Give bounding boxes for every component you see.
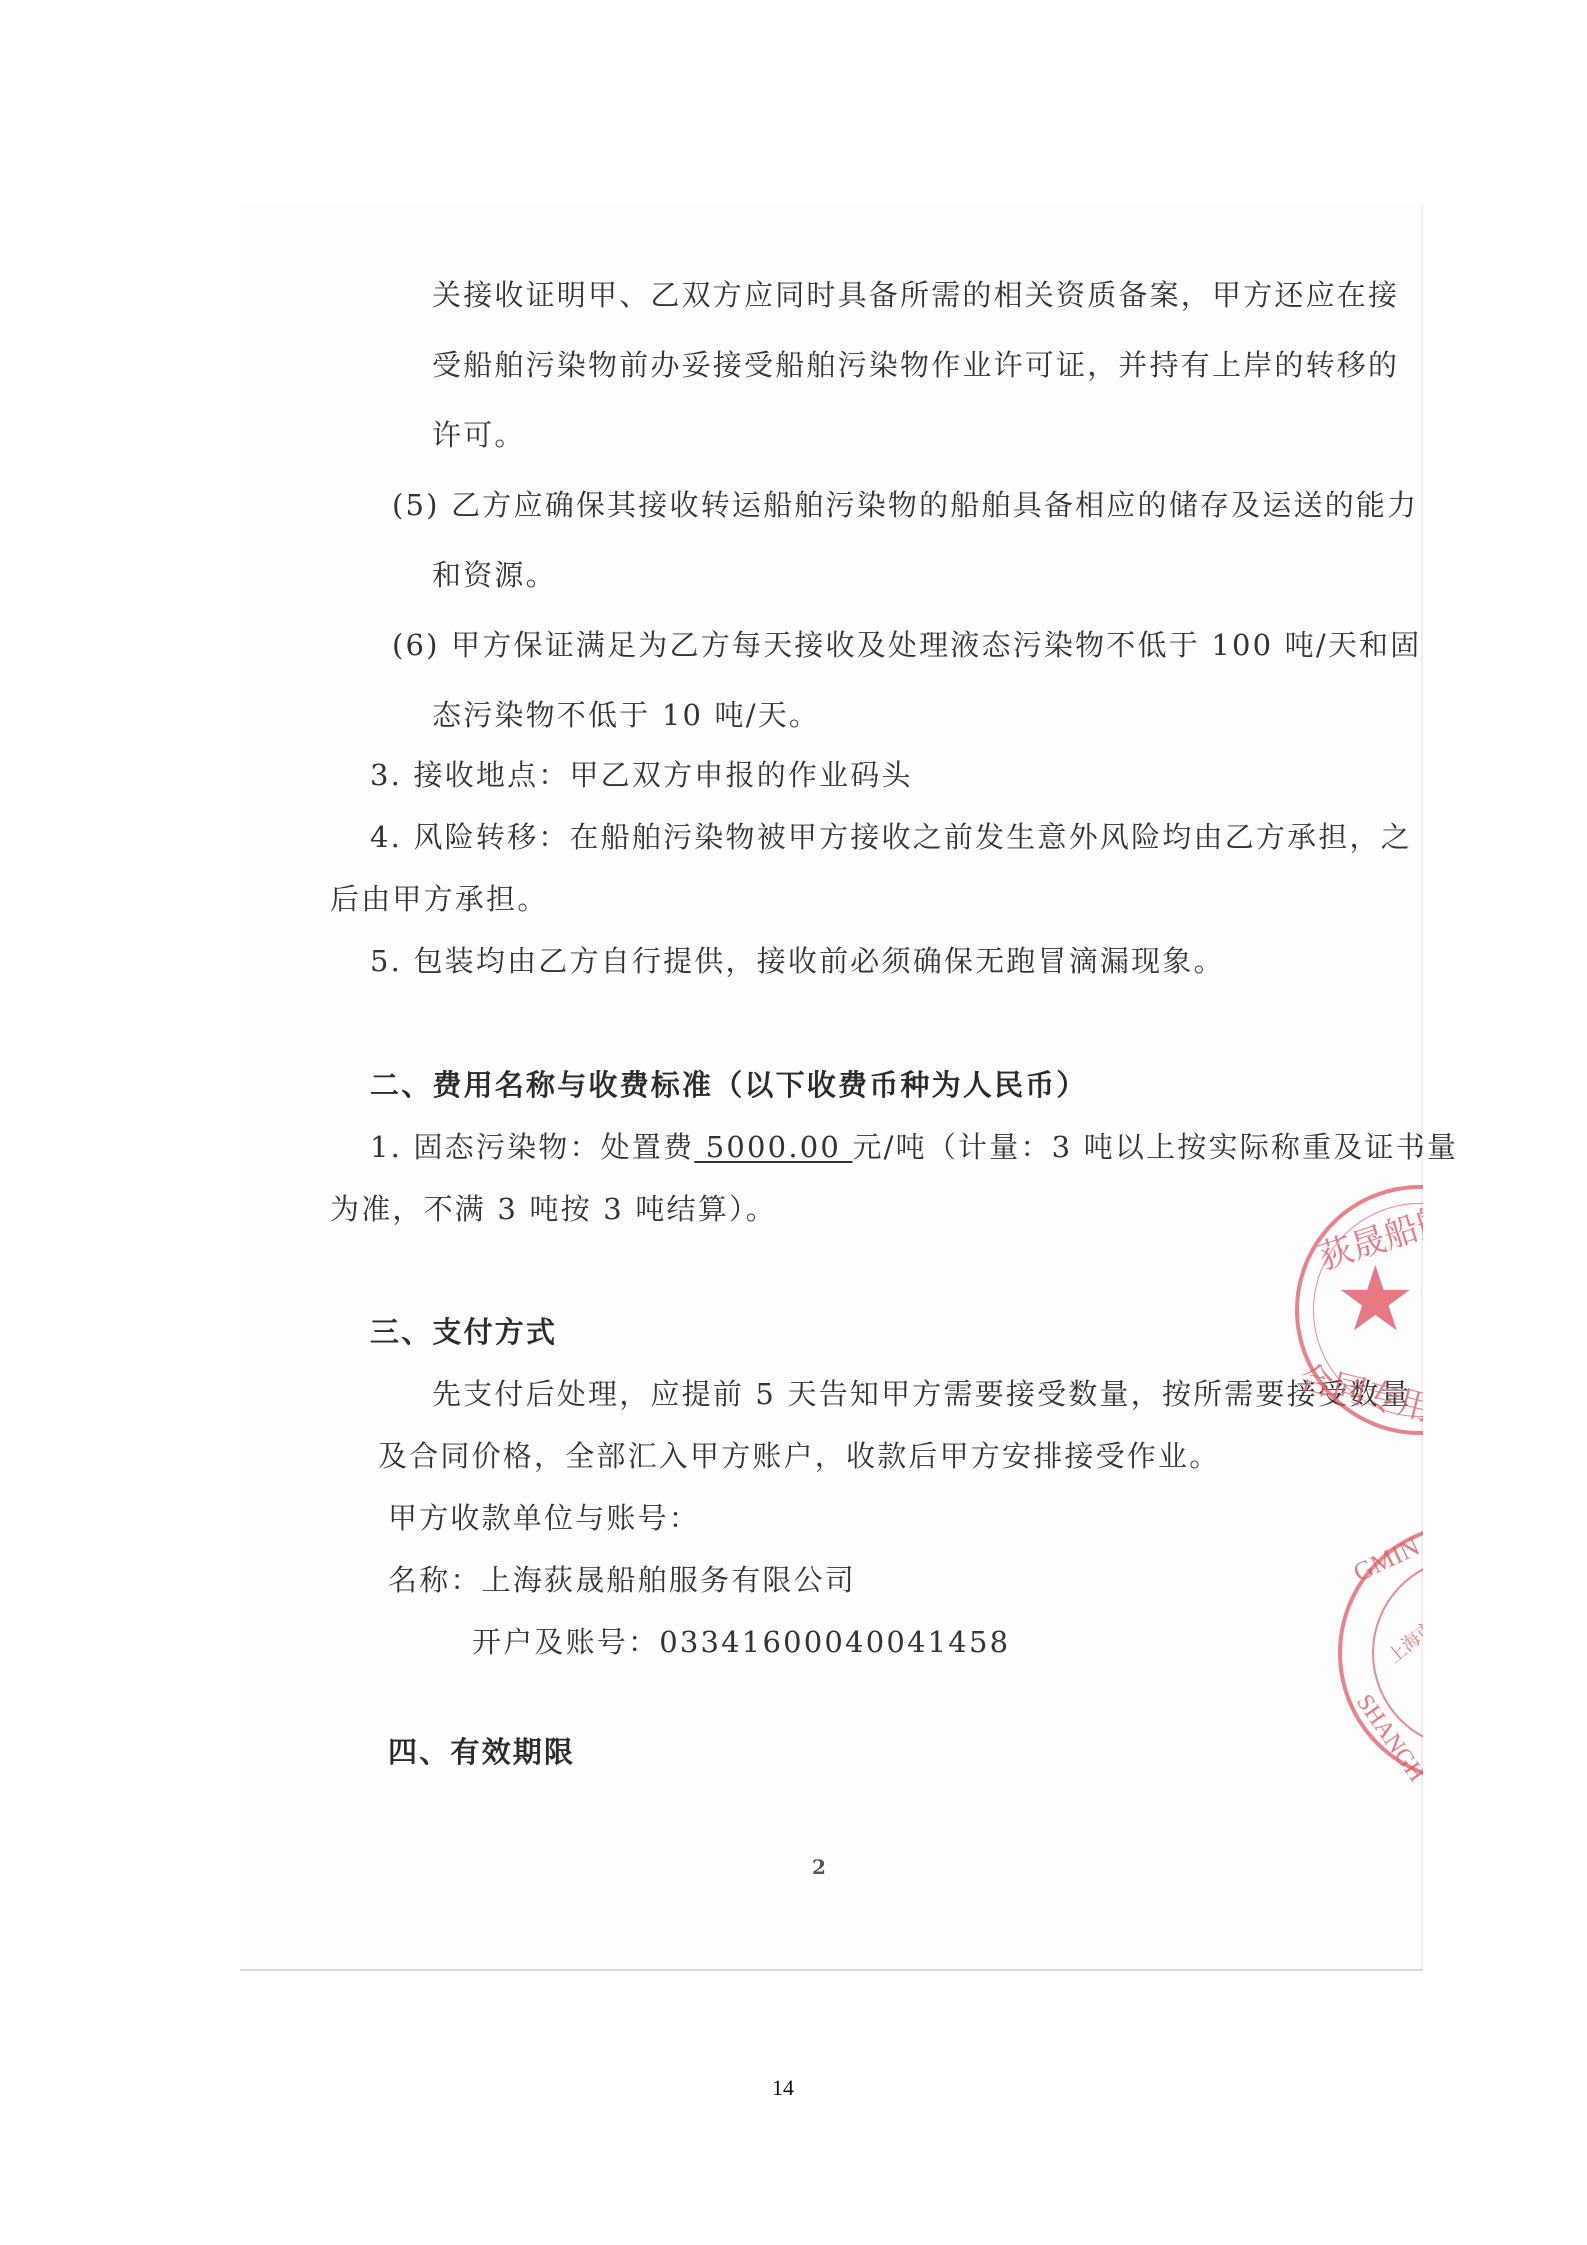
item-6-line: 态污染物不低于 10 吨/天。 <box>432 698 820 732</box>
fee-value: 5000.00 <box>694 1130 852 1164</box>
section-2-heading: 二、费用名称与收费标准（以下收费币种为人民币） <box>370 1068 1088 1102</box>
paragraph-line: 关接收证明甲、乙双方应同时具备所需的相关资质备案，甲方还应在接 <box>432 278 1399 312</box>
section-4-heading: 四、有效期限 <box>388 1735 575 1769</box>
scan-edge <box>1421 205 1423 1970</box>
clause-5: 5. 包装均由乙方自行提供，接收前必须确保无跑冒滴漏现象。 <box>370 944 1225 978</box>
paragraph-line: 许可。 <box>432 418 526 452</box>
clause-3: 3. 接收地点：甲乙双方申报的作业码头 <box>370 758 913 792</box>
page-divider <box>240 1969 1423 1971</box>
clause-4-line: 后由甲方承担。 <box>330 882 548 916</box>
account-label: 甲方收款单位与账号： <box>388 1501 700 1535</box>
account-number: 开户及账号：03341600040041458 <box>472 1625 1010 1659</box>
payment-body-line: 先支付后处理，应提前 5 天告知甲方需要接受数量，按所需要接受数量 <box>432 1377 1412 1411</box>
page-number: 14 <box>772 2075 794 2101</box>
scan-page-number: 2 <box>812 1855 826 1879</box>
payment-body-line: 及合同价格，全部汇入甲方账户，收款后甲方安排接受作业。 <box>378 1439 1220 1473</box>
item-6-line: (6) 甲方保证满足为乙方每天接收及处理液态污染物不低于 100 吨/天和固 <box>392 628 1421 662</box>
section-2-item-1: 1. 固态污染物：处置费 5000.00 元/吨（计量：3 吨以上按实际称重及证… <box>370 1130 1458 1164</box>
paragraph-line: 受船舶污染物前办妥接受船舶污染物作业许可证，并持有上岸的转移的 <box>432 348 1399 382</box>
clause-4-line: 4. 风险转移：在船舶污染物被甲方接收之前发生意外风险均由乙方承担，之 <box>370 820 1412 854</box>
item-5-line: 和资源。 <box>432 558 557 592</box>
section-2-item-1-line-2: 为准，不满 3 吨按 3 吨结算）。 <box>330 1192 777 1226</box>
item-5-line: (5) 乙方应确保其接收转运船舶污染物的船舶具备相应的储存及运送的能力 <box>392 488 1418 522</box>
section-3-heading: 三、支付方式 <box>370 1315 557 1349</box>
fee-suffix: 元/吨（计量：3 吨以上按实际称重及证书量 <box>852 1130 1458 1164</box>
fee-prefix: 1. 固态污染物：处置费 <box>370 1130 694 1164</box>
company-name: 名称：上海荻晟船舶服务有限公司 <box>388 1563 856 1597</box>
